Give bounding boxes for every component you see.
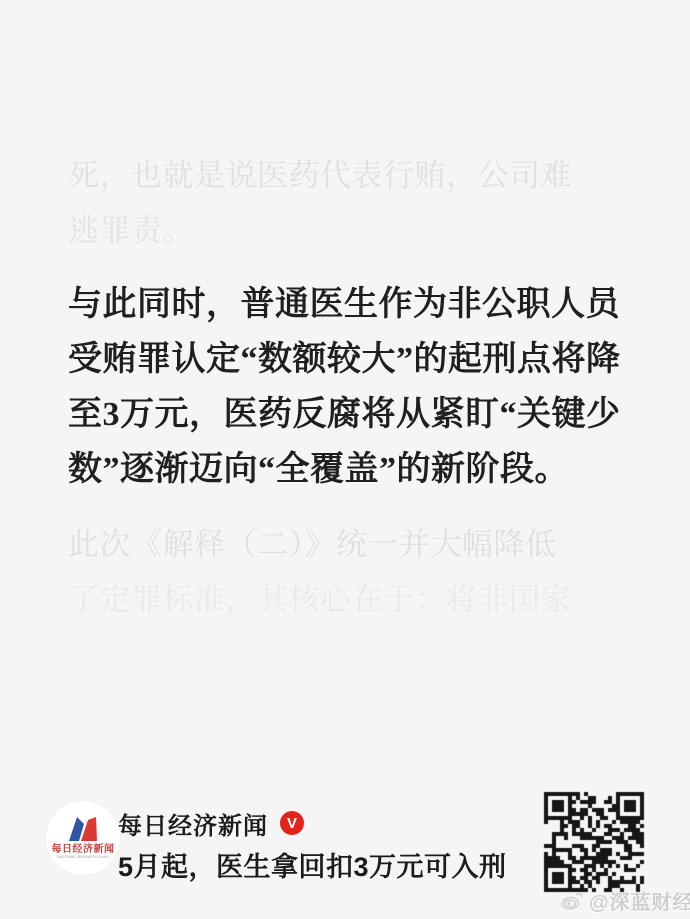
watermark: @深蓝财经 <box>561 888 690 912</box>
highlight-line-3: 至3万元，医药反腐将从紧盯“关键少 <box>68 387 621 442</box>
highlight-line-2: 受贿罪认定“数额较大”的起刑点将降 <box>68 332 621 387</box>
faded-bottom-line-1: 此次《解释（二）》统一并大幅降低 <box>68 517 572 572</box>
publisher-logo: 每日经济新闻 NATIONAL BUSINESS DAILY <box>46 801 120 875</box>
highlight-line-1: 与此同时，普通医生作为非公职人员 <box>68 277 621 332</box>
highlight-line-4: 数”逐渐迈向“全覆盖”的新阶段。 <box>68 442 621 497</box>
publisher-logo-cn-text: 每日经济新闻 <box>52 844 115 855</box>
brand-name: 每日经济新闻 <box>118 806 268 841</box>
caption-text: 5月起，医生拿回扣3万元可入刑 <box>118 845 507 884</box>
nbd-n-logo-icon <box>66 816 100 842</box>
weibo-icon <box>561 890 585 910</box>
watermark-handle: @深蓝财经 <box>589 886 690 915</box>
faded-bottom-line-2: 了定罪标准，其核心在于：将非国家 <box>68 572 572 627</box>
paragraph-highlight: 与此同时，普通医生作为非公职人员 受贿罪认定“数额较大”的起刑点将降 至3万元，… <box>68 277 621 497</box>
qr-code <box>543 791 645 893</box>
paragraph-faded-top: 死，也就是说医药代表行贿，公司难 逃罪责。 <box>68 148 572 258</box>
brand-row: 每日经济新闻 V <box>118 810 304 836</box>
paragraph-faded-bottom: 此次《解释（二）》统一并大幅降低 了定罪标准，其核心在于：将非国家 <box>68 517 572 627</box>
faded-top-line-2: 逃罪责。 <box>68 203 572 258</box>
faded-top-line-1: 死，也就是说医药代表行贿，公司难 <box>68 148 572 203</box>
verified-badge-icon: V <box>280 811 304 835</box>
publisher-logo-en-text: NATIONAL BUSINESS DAILY <box>57 855 109 860</box>
news-card-poster: 死，也就是说医药代表行贿，公司难 逃罪责。 与此同时，普通医生作为非公职人员 受… <box>0 0 690 919</box>
